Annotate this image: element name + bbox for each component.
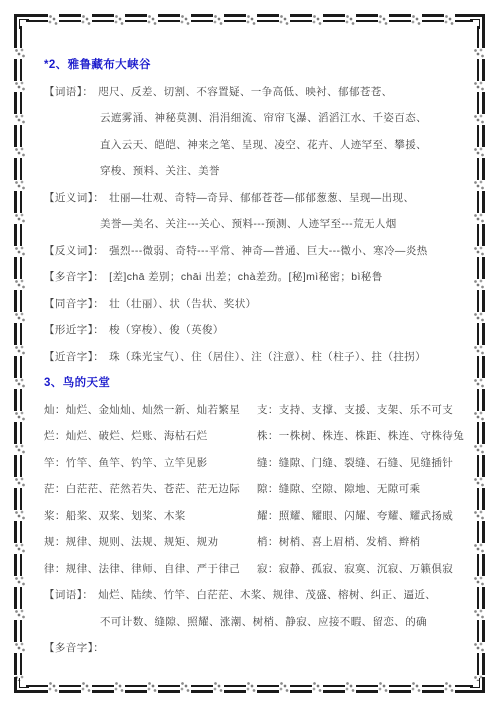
words-text: 咫尺、反差、切割、不容置疑、一争高低、映衬、郁郁苍苍、 [98, 86, 392, 98]
section-label-synonyms: 【近义词】： [44, 192, 104, 204]
character-entry-left: 规：规律、规则、法规、规矩、规劝 [44, 529, 257, 556]
character-row: 竿：竹竿、鱼竿、钓竿、立竿见影缝：缝隙、门缝、裂缝、石缝、见缝插针 [44, 450, 471, 477]
lesson2-similar-form-line: 【形近字】：梭（穿梭）、俊（英俊） [44, 317, 471, 344]
section-label-similar-form: 【形近字】： [44, 324, 104, 336]
character-row: 律：规律、法律、律师、自律、严于律己寂：寂静、孤寂、寂寞、沉寂、万籁俱寂 [44, 556, 471, 583]
character-row: 灿：灿烂、金灿灿、灿然一新、灿若繁星支：支持、支撑、支援、支架、乐不可支 [44, 397, 471, 424]
character-entry-left: 烂：灿烂、破烂、烂账、海枯石烂 [44, 423, 257, 450]
character-entry-right: 隙：缝隙、空隙、隙地、无隙可乘 [257, 483, 421, 495]
character-row: 茫：白茫茫、茫然若失、苍茫、茫无边际隙：缝隙、空隙、隙地、无隙可乘 [44, 476, 471, 503]
character-row: 桨：船桨、双桨、划桨、木桨耀：照耀、耀眼、闪耀、夸耀、耀武扬威 [44, 503, 471, 530]
character-entry-left: 茫：白茫茫、茫然若失、苍茫、茫无边际 [44, 476, 257, 503]
lesson2-synonyms-line: 【近义词】：壮丽—壮观、奇特—奇异、郁郁苍苍—郁郁葱葱、呈现—出现、 [44, 185, 471, 212]
page-border-left [14, 26, 26, 681]
similar-form-text: 梭（穿梭）、俊（英俊） [109, 324, 224, 336]
homophones-text: 壮（壮丽）、状（告状、奖状） [109, 298, 256, 310]
character-entry-left: 灿：灿烂、金灿灿、灿然一新、灿若繁星 [44, 397, 257, 424]
document-content: *2、雅鲁藏布大峡谷 【词语】：咫尺、反差、切割、不容置疑、一争高低、映衬、郁郁… [44, 52, 471, 662]
character-entry-left: 律：规律、法律、律师、自律、严于律己 [44, 556, 257, 583]
section-label-polyphones: 【多音字】： [44, 642, 104, 654]
lesson2-words-line: 云遮雾涌、神秘莫测、涓涓细流、帘帘飞瀑、滔滔江水、千姿百态、 [44, 105, 471, 132]
section-label-similar-sound: 【近音字】： [44, 351, 104, 363]
lesson3-words-line: 【词语】：灿烂、陆续、竹竿、白茫茫、木桨、规律、茂盛、榕树、纠正、逼近、 [44, 582, 471, 609]
lesson3-title: 3、鸟的天堂 [44, 370, 471, 397]
character-entry-left: 竿：竹竿、鱼竿、钓竿、立竿见影 [44, 450, 257, 477]
character-entry-right: 梢：树梢、喜上眉梢、发梢、辫梢 [257, 536, 421, 548]
character-entry-right: 耀：照耀、耀眼、闪耀、夸耀、耀武扬威 [257, 510, 453, 522]
section-label-polyphones: 【多音字】： [44, 271, 104, 283]
page-border-right [473, 26, 485, 681]
polyphones-text: [差]chā 差别；chāi 出差；chà差劲。[秘]mì秘密；bì秘鲁 [109, 271, 382, 283]
lesson2-homophones-line: 【同音字】：壮（壮丽）、状（告状、奖状） [44, 291, 471, 318]
lesson2-words-line: 【词语】：咫尺、反差、切割、不容置疑、一争高低、映衬、郁郁苍苍、 [44, 79, 471, 106]
antonyms-text: 强烈---微弱、奇特---平常、神奇—普通、巨大---微小、寒冷—炎热 [109, 245, 427, 257]
similar-sound-text: 珠（珠光宝气）、住（居住）、注（注意）、柱（柱子）、拄（拄拐） [109, 351, 426, 363]
page-border-corner-bottom-left [14, 677, 30, 693]
lesson2-title: *2、雅鲁藏布大峡谷 [44, 52, 471, 79]
character-row: 烂：灿烂、破烂、烂账、海枯石烂株：一株树、株连、株距、株连、守株待兔 [44, 423, 471, 450]
lesson2-polyphones-line: 【多音字】：[差]chā 差别；chāi 出差；chà差劲。[秘]mì秘密；bì… [44, 264, 471, 291]
words-text: 灿烂、陆续、竹竿、白茫茫、木桨、规律、茂盛、榕树、纠正、逼近、 [98, 589, 436, 601]
lesson2-similar-sound-line: 【近音字】：珠（珠光宝气）、住（居住）、注（注意）、柱（柱子）、拄（拄拐） [44, 344, 471, 371]
lesson2-synonyms-line: 美誉—美名、关注---关心、预料---预测、人迹罕至---荒无人烟 [44, 211, 471, 238]
character-row: 规：规律、规则、法规、规矩、规劝梢：树梢、喜上眉梢、发梢、辫梢 [44, 529, 471, 556]
lesson2-antonyms-line: 【反义词】：强烈---微弱、奇特---平常、神奇—普通、巨大---微小、寒冷—炎… [44, 238, 471, 265]
character-entry-right: 株：一株树、株连、株距、株连、守株待兔 [257, 430, 464, 442]
page-border-corner-bottom-right [469, 677, 485, 693]
character-entry-right: 寂：寂静、孤寂、寂寞、沉寂、万籁俱寂 [257, 563, 453, 575]
document-page: *2、雅鲁藏布大峡谷 【词语】：咫尺、反差、切割、不容置疑、一争高低、映衬、郁郁… [0, 0, 499, 707]
section-label-words: 【词语】： [44, 86, 93, 98]
page-border-corner-top-left [14, 14, 30, 30]
lesson3-polyphones-line: 【多音字】： [44, 635, 471, 662]
section-label-antonyms: 【反义词】： [44, 245, 104, 257]
section-label-homophones: 【同音字】： [44, 298, 104, 310]
character-entry-right: 缝：缝隙、门缝、裂缝、石缝、见缝插针 [257, 457, 453, 469]
page-border-top [26, 14, 473, 26]
character-entry-left: 桨：船桨、双桨、划桨、木桨 [44, 503, 257, 530]
section-label-words: 【词语】： [44, 589, 93, 601]
page-border-bottom [26, 681, 473, 693]
character-entry-right: 支：支持、支撑、支援、支架、乐不可支 [257, 404, 453, 416]
page-border-corner-top-right [469, 14, 485, 30]
lesson2-words-line: 直入云天、皑皑、神来之笔、呈现、凌空、花卉、人迹罕至、攀援、 [44, 132, 471, 159]
lesson3-words-line: 不可计数、缝隙、照耀、涨潮、树梢、静寂、应接不暇、留恋、的确 [44, 609, 471, 636]
synonyms-text: 壮丽—壮观、奇特—奇异、郁郁苍苍—郁郁葱葱、呈现—出现、 [109, 192, 414, 204]
lesson2-words-line: 穿梭、预料、关注、美誉 [44, 158, 471, 185]
